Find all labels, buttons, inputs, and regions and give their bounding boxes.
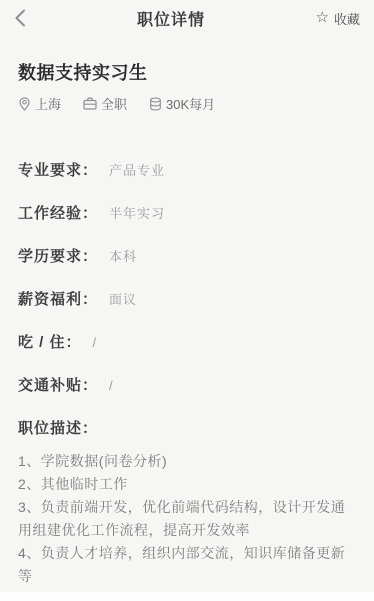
field-row-major: 专业要求： 产品专业 [18,160,356,181]
field-label: 交通补贴： [18,375,98,396]
job-title: 数据支持实习生 [18,59,356,85]
bottom-edge [0,592,374,601]
field-row-education: 学历要求： 本科 [18,246,356,267]
description-heading: 职位描述： [18,418,356,439]
job-location: 上海 [18,94,61,113]
field-label: 学历要求： [18,246,98,267]
back-button[interactable] [14,9,44,27]
job-salary-label: 30K每月 [166,94,215,113]
field-value: / [109,375,114,396]
field-label: 工作经验： [18,203,98,224]
navbar: 职位详情 ☆ 收藏 [0,0,374,36]
job-employment-type: 全职 [83,94,127,113]
field-value: 本科 [109,246,137,267]
field-value: 面议 [109,289,137,310]
field-row-experience: 工作经验： 半年实习 [18,203,356,224]
job-salary: 30K每月 [149,94,215,113]
field-label: 专业要求： [18,160,98,181]
location-pin-icon [18,97,31,111]
briefcase-icon [83,97,97,110]
description-line: 2、其他临时工作 [18,473,356,496]
job-meta-row: 上海 全职 30K每月 [18,94,356,113]
job-employment-type-label: 全职 [101,94,127,113]
coins-icon [149,97,162,111]
field-value: 产品专业 [109,160,165,181]
page-title: 职位详情 [44,7,298,30]
back-chevron-icon [14,9,26,27]
field-label: 薪资福利： [18,289,98,310]
favorite-label: 收藏 [334,9,360,28]
job-detail-screen: 职位详情 ☆ 收藏 数据支持实习生 上海 全职 [0,0,374,601]
field-row-transport: 交通补贴： / [18,375,356,396]
field-value: / [93,332,98,353]
job-location-label: 上海 [35,94,61,113]
job-description-section: 职位描述： 1、学院数据(问卷分析) 2、其他临时工作 3、负责前端开发，优化前… [18,418,356,588]
field-row-board: 吃 / 住： / [18,332,356,353]
field-label: 吃 / 住： [18,332,82,353]
description-line: 4、负责人才培养，组织内部交流，知识库储备更新等 [18,542,356,588]
description-line: 1、学院数据(问卷分析) [18,450,356,473]
star-icon: ☆ [316,10,329,25]
favorite-button[interactable]: ☆ 收藏 [298,9,360,28]
field-list: 专业要求： 产品专业 工作经验： 半年实习 学历要求： 本科 薪资福利： 面议 … [18,160,356,396]
content-area: 数据支持实习生 上海 全职 [0,59,374,588]
field-value: 半年实习 [109,203,165,224]
field-row-salary-benefits: 薪资福利： 面议 [18,289,356,310]
description-body: 1、学院数据(问卷分析) 2、其他临时工作 3、负责前端开发，优化前端代码结构，… [18,450,356,588]
description-line: 3、负责前端开发，优化前端代码结构，设计开发通用组建优化工作流程，提高开发效率 [18,496,356,542]
